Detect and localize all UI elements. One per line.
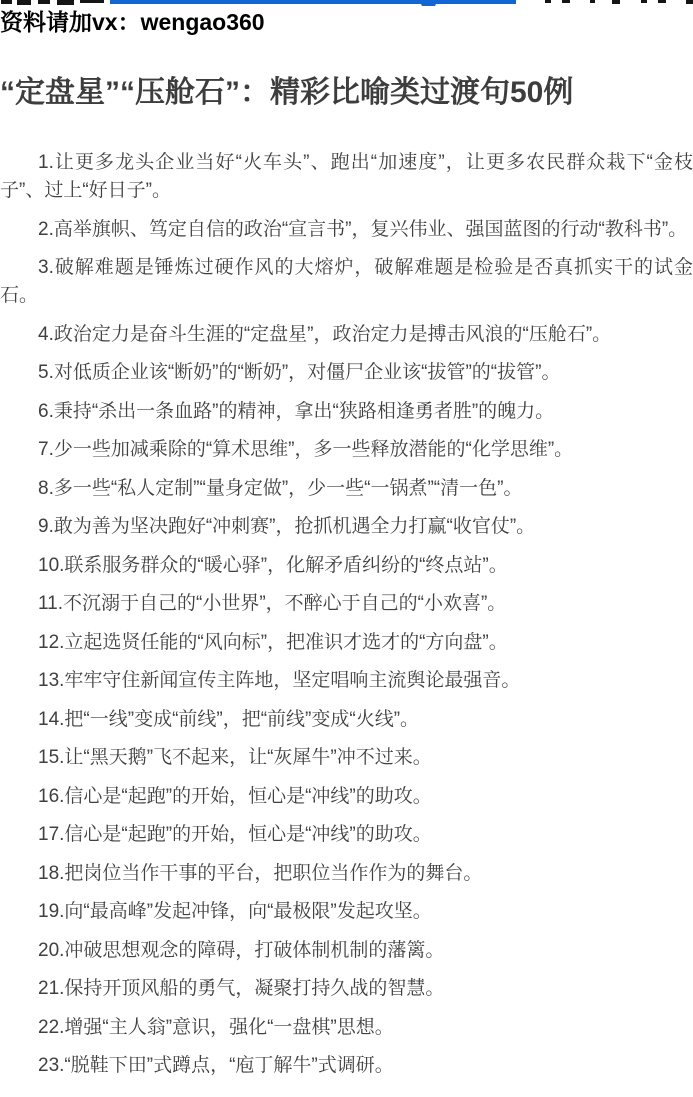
clipped-link-glyph-descender <box>421 0 436 6</box>
item-list: 1.让更多龙头企业当好“火车头”、跑出“加速度”，让更多农民群众栽下“金枝子”、… <box>0 149 693 1080</box>
list-item: 16.信心是“起跑”的开始，恒心是“冲线”的助攻。 <box>0 783 693 811</box>
clipped-text-fragment <box>641 0 647 3</box>
contact-note: 资料请加vx：wengao360 <box>0 8 693 36</box>
list-item: 3.破解难题是锤炼过硬作风的大熔炉，破解难题是检验是否真抓实干的试金石。 <box>0 254 693 310</box>
clipped-text-fragment <box>80 0 104 3</box>
clipped-text-fragment <box>658 0 666 3</box>
list-item: 9.敢为善为坚决跑好“冲刺赛”，抢抓机遇全力打赢“收官仗”。 <box>0 513 693 541</box>
list-item: 18.把岗位当作干事的平台，把职位当作作为的舞台。 <box>0 860 693 888</box>
clipped-text-fragment <box>38 0 50 4</box>
list-item: 17.信心是“起跑”的开始，恒心是“冲线”的助攻。 <box>0 821 693 849</box>
clipped-text-fragment <box>545 0 551 3</box>
list-item: 22.增强“主人翁”意识，强化“一盘棋”思想。 <box>0 1014 693 1042</box>
list-item: 1.让更多龙头企业当好“火车头”、跑出“加速度”，让更多农民群众栽下“金枝子”、… <box>0 149 693 205</box>
list-item: 6.秉持“杀出一条血路”的精神，拿出“狭路相逢勇者胜”的魄力。 <box>0 398 693 426</box>
list-item: 7.少一些加减乘除的“算术思维”，多一些释放潜能的“化学思维”。 <box>0 436 693 464</box>
list-item: 19.向“最高峰”发起冲锋，向“最极限”发起攻坚。 <box>0 898 693 926</box>
clipped-text-fragment <box>1 0 12 4</box>
clipped-text-fragment <box>686 0 693 4</box>
list-item: 8.多一些“私人定制”“量身定做”，少一些“一锅煮”“清一色”。 <box>0 475 693 503</box>
list-item: 23.“脱鞋下田”式蹲点，“庖丁解牛”式调研。 <box>0 1052 693 1080</box>
list-item: 13.牢牢守住新闻宣传主阵地，坚定唱响主流舆论最强音。 <box>0 667 693 695</box>
list-item: 14.把“一线”变成“前线”，把“前线”变成“火线”。 <box>0 706 693 734</box>
clipped-text-fragment <box>562 0 570 3</box>
list-item: 4.政治定力是奋斗生涯的“定盘星”，政治定力是搏击风浪的“压舱石”。 <box>0 321 693 349</box>
clipped-top-row <box>0 0 693 6</box>
clipped-text-fragment <box>57 0 74 5</box>
clipped-hyperlink-underline[interactable] <box>110 0 516 4</box>
page-title: “定盘星”“压舱石”：精彩比喻类过渡句50例 <box>0 73 693 113</box>
list-item: 20.冲破思想观念的障碍，打破体制机制的藩篱。 <box>0 937 693 965</box>
list-item: 12.立起选贤任能的“风向标”，把准识才选才的“方向盘”。 <box>0 629 693 657</box>
clipped-text-fragment <box>17 0 31 5</box>
list-item: 21.保持开顶风船的勇气，凝聚打持久战的智慧。 <box>0 975 693 1003</box>
document-page: 资料请加vx：wengao360 “定盘星”“压舱石”：精彩比喻类过渡句50例 … <box>0 0 693 1080</box>
clipped-text-fragment <box>612 0 620 4</box>
list-item: 11.不沉溺于自己的“小世界”，不醉心于自己的“小欢喜”。 <box>0 590 693 618</box>
list-item: 2.高举旗帜、笃定自信的政治“宣言书”，复兴伟业、强国蓝图的行动“教科书”。 <box>0 216 693 244</box>
list-item: 5.对低质企业该“断奶”的“断奶”，对僵尸企业该“拔管”的“拔管”。 <box>0 359 693 387</box>
list-item: 10.联系服务群众的“暖心驿”，化解矛盾纠纷的“终点站”。 <box>0 552 693 580</box>
clipped-text-fragment <box>590 0 595 3</box>
list-item: 15.让“黑天鹅”飞不起来，让“灰犀牛”冲不过来。 <box>0 744 693 772</box>
